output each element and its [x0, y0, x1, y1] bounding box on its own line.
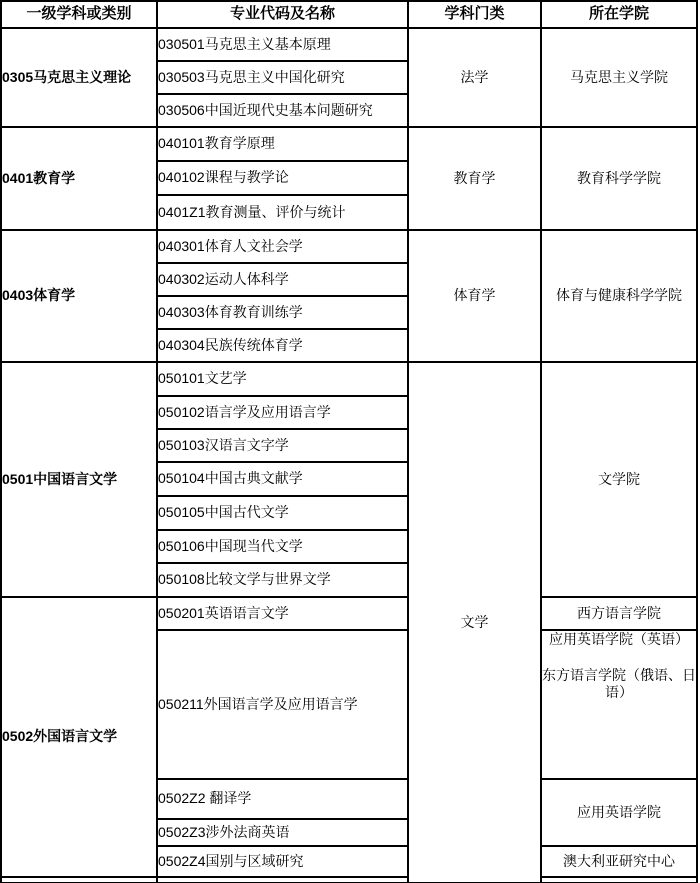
group-cell-0401: 0401教育学	[1, 127, 157, 230]
admissions-table: 一级学科或类别 专业代码及名称 学科门类 所在学院 0305马克思主义理论 03…	[0, 0, 698, 883]
header-discipline: 一级学科或类别	[1, 1, 157, 28]
category-cell-law: 法学	[408, 28, 541, 127]
specialty-cell: 040302运动人体科学	[157, 263, 408, 296]
college-cell-australia-center: 澳大利亚研究中心	[541, 846, 697, 877]
specialty-cell: 050108比较文学与世界文学	[157, 563, 408, 597]
group-cell-0502: 0502外国语言文学	[1, 597, 157, 877]
specialty-cell: 050106中国现当代文学	[157, 530, 408, 563]
college-cell-applied-english: 应用英语学院	[541, 779, 697, 846]
specialty-cell: 050211外国语言学及应用语言学	[157, 630, 408, 779]
specialty-cell: 050104中国古典文献学	[157, 462, 408, 496]
specialty-cell: 030501马克思主义基本原理	[157, 28, 408, 61]
specialty-cell: 040102课程与教学论	[157, 161, 408, 195]
college-cell-sports-health: 体育与健康科学学院	[541, 230, 697, 362]
specialty-cell: 050105中国古代文学	[157, 496, 408, 530]
specialty-cell: 050102语言学及应用语言学	[157, 396, 408, 429]
specialty-cell: 040303体育教育训练学	[157, 296, 408, 329]
specialty-cell-partial	[157, 877, 408, 883]
college-cell-applied-eastern: 应用英语学院（英语） 东方语言学院（俄语、日语）	[541, 630, 697, 779]
group-cell-0501: 0501中国语言文学	[1, 362, 157, 597]
college-cell-western-languages: 西方语言学院	[541, 597, 697, 630]
specialty-cell: 0401Z1教育测量、评价与统计	[157, 195, 408, 230]
category-cell-sports: 体育学	[408, 230, 541, 362]
specialty-cell: 040301体育人文社会学	[157, 230, 408, 263]
college-cell-education-science: 教育科学学院	[541, 127, 697, 230]
specialty-cell: 040101教育学原理	[157, 127, 408, 161]
college-line-eastern-languages: 东方语言学院（俄语、日语）	[542, 667, 696, 702]
specialty-cell: 0502Z4国别与区域研究	[157, 846, 408, 877]
group-cell-0403: 0403体育学	[1, 230, 157, 362]
category-cell-education: 教育学	[408, 127, 541, 230]
college-cell-marxism: 马克思主义学院	[541, 28, 697, 127]
specialty-cell: 050103汉语言文字学	[157, 429, 408, 462]
specialty-cell: 050201英语语言文学	[157, 597, 408, 630]
group-cell-partial	[1, 877, 157, 883]
college-cell-literature: 文学院	[541, 362, 697, 597]
specialty-cell: 050101文艺学	[157, 362, 408, 396]
college-line-applied-english-en: 应用英语学院（英语）	[542, 631, 696, 649]
header-category: 学科门类	[408, 1, 541, 28]
category-cell-literature: 文学	[408, 362, 541, 883]
specialty-cell: 0502Z2 翻译学	[157, 779, 408, 819]
header-specialty-code: 专业代码及名称	[157, 1, 408, 28]
specialty-cell: 030503马克思主义中国化研究	[157, 61, 408, 94]
specialty-cell: 040304民族传统体育学	[157, 329, 408, 362]
college-cell-partial	[541, 877, 697, 883]
group-cell-0305: 0305马克思主义理论	[1, 28, 157, 127]
specialty-cell: 030506中国近现代史基本问题研究	[157, 94, 408, 127]
header-college: 所在学院	[541, 1, 697, 28]
document-page: 一级学科或类别 专业代码及名称 学科门类 所在学院 0305马克思主义理论 03…	[0, 0, 700, 883]
specialty-cell: 0502Z3涉外法商英语	[157, 819, 408, 846]
